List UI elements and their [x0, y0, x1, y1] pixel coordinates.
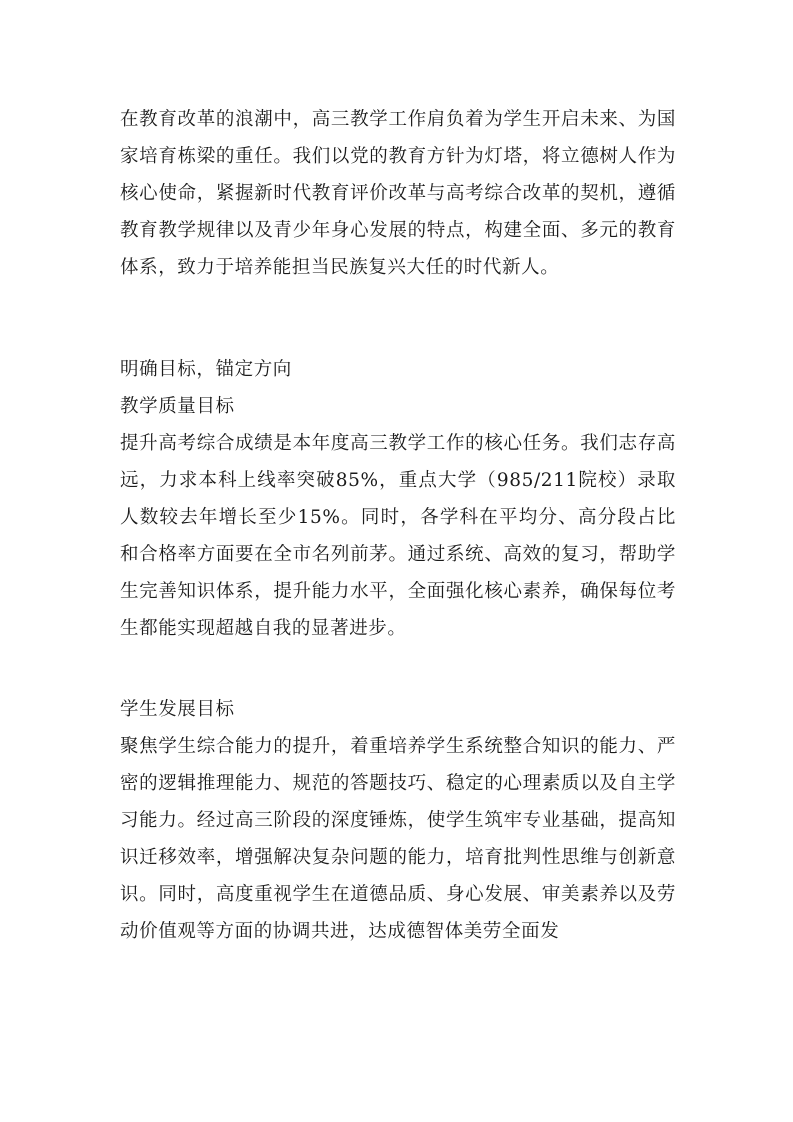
subsection-body-teaching-quality: 提升高考综合成绩是本年度高三教学工作的核心任务。我们志存高远，力求本科上线率突破… — [120, 425, 676, 647]
subsection-heading-student-development: 学生发展目标 — [120, 691, 676, 728]
document-page: 在教育改革的浪潮中，高三教学工作肩负着为学生开启未来、为国家培育栋梁的重任。我们… — [120, 101, 676, 950]
intro-paragraph: 在教育改革的浪潮中，高三教学工作肩负着为学生开启未来、为国家培育栋梁的重任。我们… — [120, 101, 676, 286]
subsection-body-student-development: 聚焦学生综合能力的提升，着重培养学生系统整合知识的能力、严密的逻辑推理能力、规范… — [120, 728, 676, 950]
spacer — [120, 647, 676, 691]
section-heading: 明确目标，锚定方向 — [120, 351, 676, 388]
subsection-heading-teaching-quality: 教学质量目标 — [120, 388, 676, 425]
spacer — [120, 286, 676, 351]
